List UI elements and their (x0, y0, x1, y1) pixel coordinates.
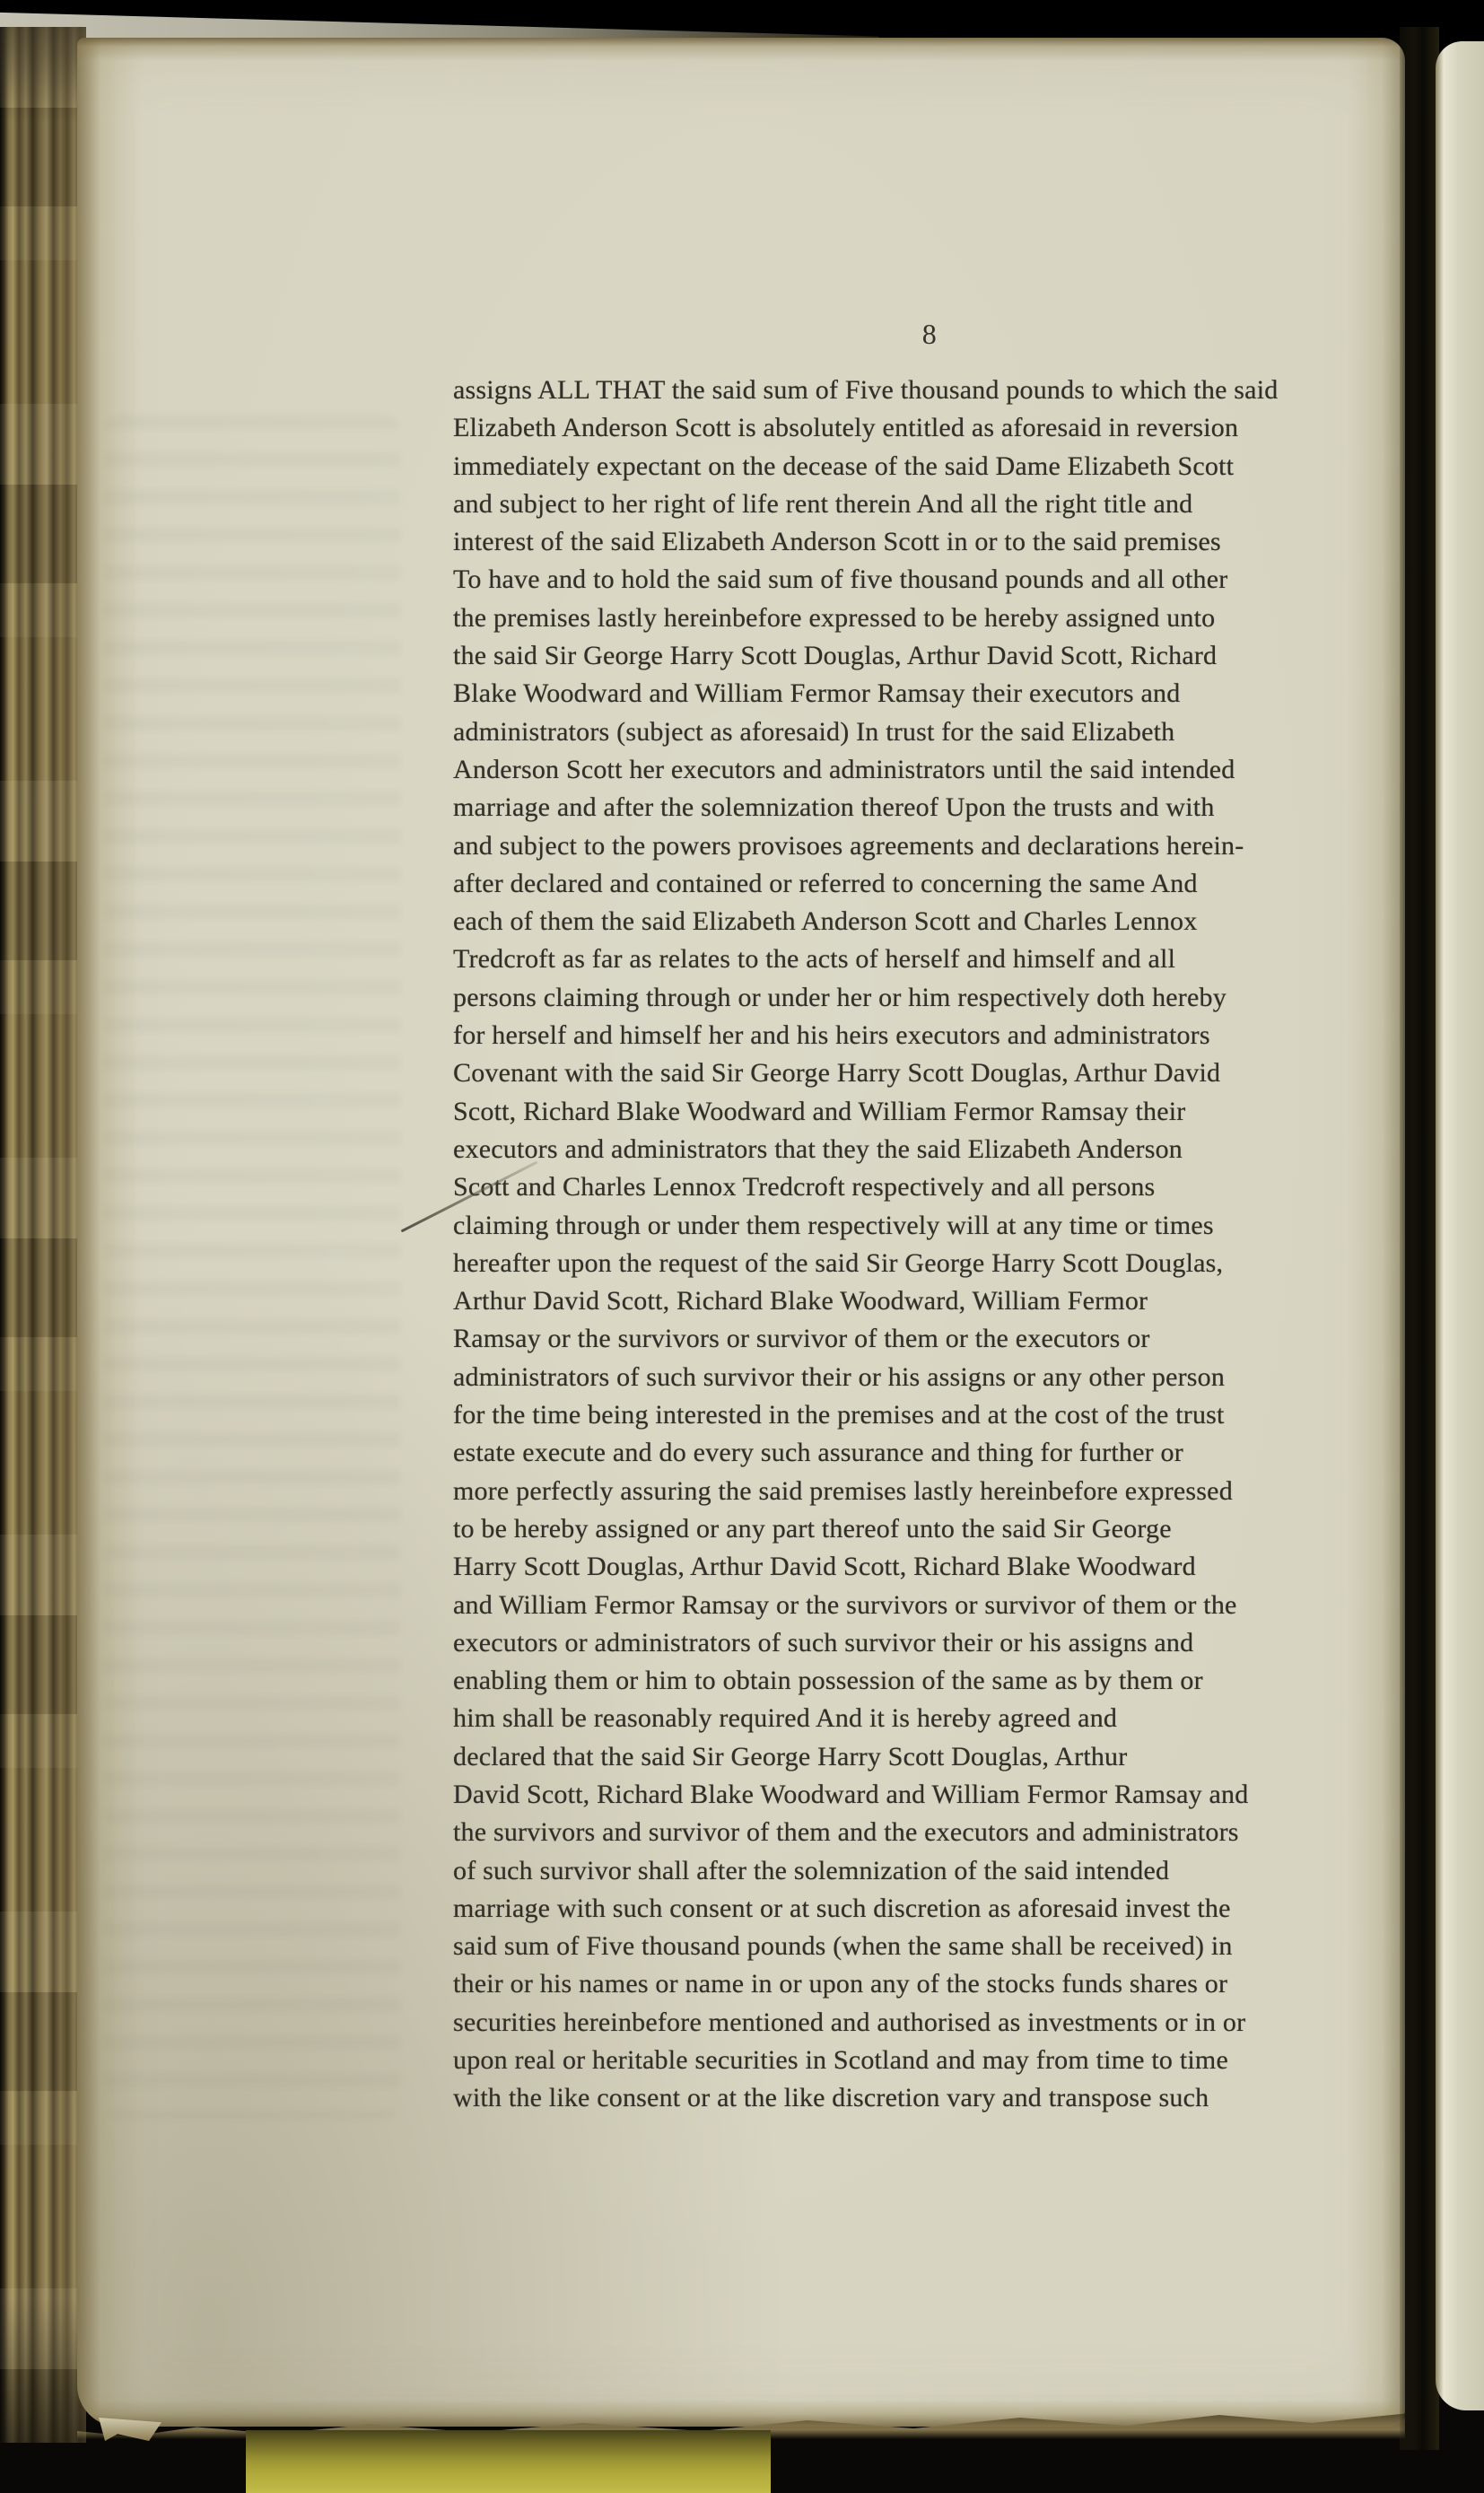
text-line: executors and administrators that they t… (453, 1131, 1383, 1168)
text-line: interest of the said Elizabeth Anderson … (453, 523, 1383, 561)
text-line: said sum of Five thousand pounds (when t… (453, 1928, 1383, 1965)
text-line: David Scott, Richard Blake Woodward and … (453, 1776, 1383, 1814)
text-line: estate execute and do every such assuran… (453, 1434, 1383, 1472)
text-line: Scott and Charles Lennox Tredcroft respe… (453, 1168, 1383, 1206)
text-line: Arthur David Scott, Richard Blake Woodwa… (453, 1282, 1383, 1320)
text-line: To have and to hold the said sum of five… (453, 561, 1383, 599)
text-line: to be hereby assigned or any part thereo… (453, 1510, 1383, 1548)
text-line: Blake Woodward and William Fermor Ramsay… (453, 675, 1383, 713)
text-line: Covenant with the said Sir George Harry … (453, 1054, 1383, 1092)
text-line: and subject to her right of life rent th… (453, 485, 1383, 523)
text-line: the said Sir George Harry Scott Douglas,… (453, 637, 1383, 675)
text-line: Elizabeth Anderson Scott is absolutely e… (453, 409, 1383, 447)
deed-text-block: assigns ALL THAT the said sum of Five th… (453, 372, 1383, 2118)
text-line: Scott, Richard Blake Woodward and Willia… (453, 1093, 1383, 1131)
text-line: their or his names or name in or upon an… (453, 1965, 1383, 2003)
text-line: with the like consent or at the like dis… (453, 2079, 1383, 2117)
text-line: Harry Scott Douglas, Arthur David Scott,… (453, 1548, 1383, 1586)
bleed-through-haze (104, 415, 400, 2120)
text-line: after declared and contained or referred… (453, 865, 1383, 903)
text-line: of such survivor shall after the solemni… (453, 1852, 1383, 1890)
facing-page-edge (1436, 41, 1484, 2410)
text-line: and subject to the powers provisoes agre… (453, 827, 1383, 865)
book-page: 8 assigns ALL THAT the said sum of Five … (77, 38, 1405, 2427)
yellow-slip (246, 2430, 771, 2493)
text-line: the survivors and survivor of them and t… (453, 1814, 1383, 1851)
text-line: executors or administrators of such surv… (453, 1624, 1383, 1662)
text-line: Ramsay or the survivors or survivor of t… (453, 1320, 1383, 1358)
text-line: persons claiming through or under her or… (453, 979, 1383, 1017)
text-line: assigns ALL THAT the said sum of Five th… (453, 372, 1383, 409)
text-line: declared that the said Sir George Harry … (453, 1738, 1383, 1776)
text-line: administrators of such survivor their or… (453, 1359, 1383, 1396)
book-gutter-shadow (1400, 27, 1439, 2450)
page-number: 8 (903, 318, 956, 351)
text-line: and William Fermor Ramsay or the survivo… (453, 1587, 1383, 1624)
text-line: immediately expectant on the decease of … (453, 448, 1383, 485)
text-line: marriage with such consent or at such di… (453, 1890, 1383, 1928)
text-line: marriage and after the solemnization the… (453, 789, 1383, 827)
text-line: claiming through or under them respectiv… (453, 1207, 1383, 1245)
text-line: enabling them or him to obtain possessio… (453, 1662, 1383, 1700)
text-line: Anderson Scott her executors and adminis… (453, 751, 1383, 789)
text-line: each of them the said Elizabeth Anderson… (453, 903, 1383, 940)
text-line: securities hereinbefore mentioned and au… (453, 2004, 1383, 2042)
text-line: upon real or heritable securities in Sco… (453, 2042, 1383, 2079)
text-line: Tredcroft as far as relates to the acts … (453, 940, 1383, 978)
text-line: hereafter upon the request of the said S… (453, 1245, 1383, 1282)
text-line: the premises lastly hereinbefore express… (453, 599, 1383, 637)
book-photograph: 8 assigns ALL THAT the said sum of Five … (0, 0, 1484, 2493)
text-line: him shall be reasonably required And it … (453, 1700, 1383, 1737)
text-line: administrators (subject as aforesaid) In… (453, 713, 1383, 751)
page-stack-edges (0, 27, 86, 2443)
text-line: for the time being interested in the pre… (453, 1396, 1383, 1434)
text-line: for herself and himself her and his heir… (453, 1017, 1383, 1054)
text-line: more perfectly assuring the said premise… (453, 1473, 1383, 1510)
